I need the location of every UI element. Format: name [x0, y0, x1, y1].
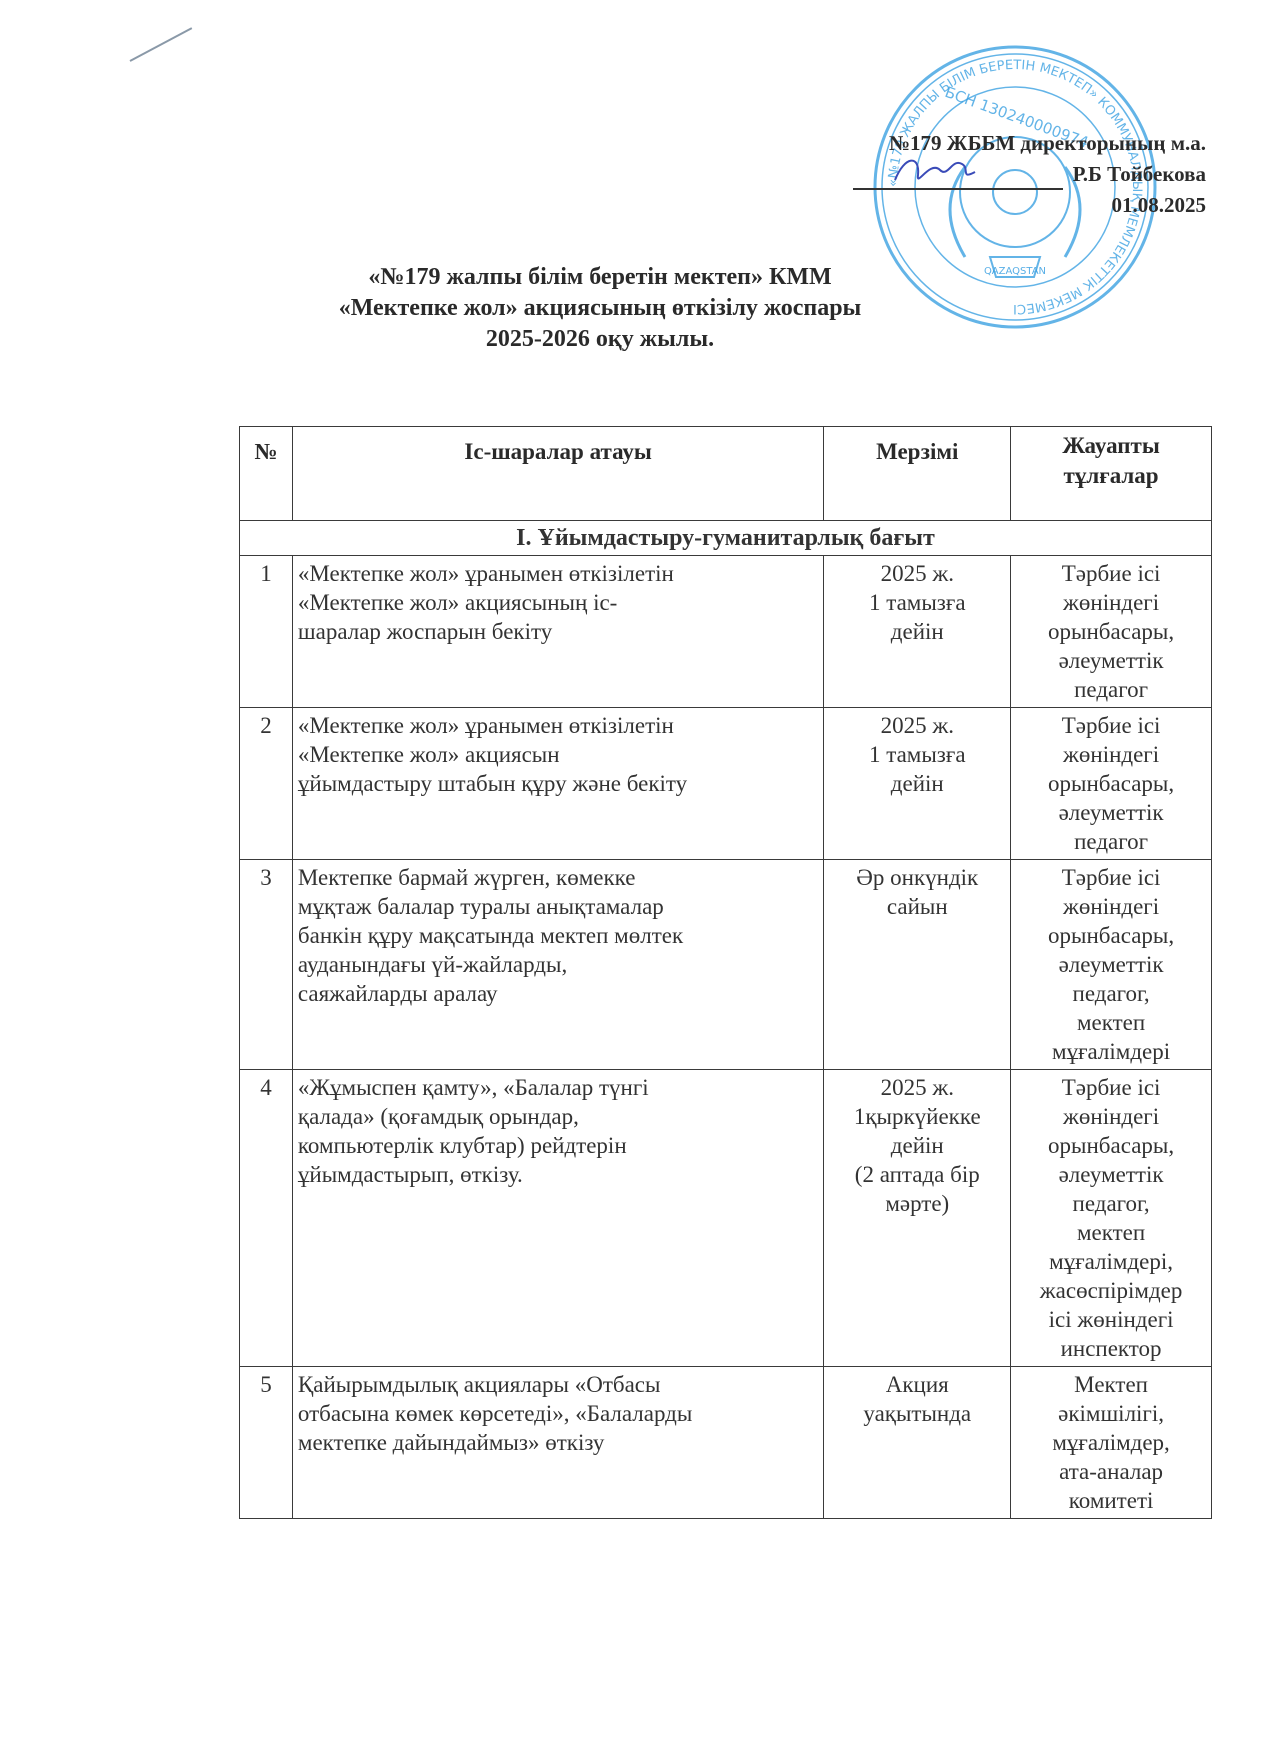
- row-responsible: Тәрбие ісі жөніндегі орынбасары, әлеумет…: [1011, 708, 1212, 860]
- scan-mark: [130, 27, 193, 62]
- header-deadline: Мерзімі: [824, 427, 1011, 521]
- header-responsible: Жауапты тұлғалар: [1011, 427, 1212, 521]
- row-deadline: Акция уақытында: [824, 1367, 1011, 1519]
- row-activity: Мектепке бармай жүрген, көмекке мұқтаж б…: [292, 860, 823, 1070]
- row-responsible: Мектеп әкімшілігі, мұғалімдер, ата-анала…: [1011, 1367, 1212, 1519]
- row-number: 5: [240, 1367, 293, 1519]
- section-row: І. Ұйымдастыру-гуманитарлық бағыт: [240, 521, 1212, 556]
- section-title: І. Ұйымдастыру-гуманитарлық бағыт: [240, 521, 1212, 556]
- table-header-row: № Іс-шаралар атауы Мерзімі Жауапты тұлға…: [240, 427, 1212, 521]
- row-activity: Қайырымдылық акциялары «Отбасы отбасына …: [292, 1367, 823, 1519]
- table-row: 2 «Мектепке жол» ұранымен өткізілетін «М…: [240, 708, 1212, 860]
- approval-date: 01.08.2025: [853, 190, 1206, 221]
- row-activity: «Мектепке жол» ұранымен өткізілетін «Мек…: [292, 556, 823, 708]
- document-title: «№179 жалпы білім беретін мектеп» КММ «М…: [280, 262, 920, 355]
- header-activity: Іс-шаралар атауы: [292, 427, 823, 521]
- approver-name: Р.Б Тойбекова: [1073, 159, 1206, 190]
- table-row: 5 Қайырымдылық акциялары «Отбасы отбасын…: [240, 1367, 1212, 1519]
- row-activity: «Мектепке жол» ұранымен өткізілетін «Мек…: [292, 708, 823, 860]
- row-number: 2: [240, 708, 293, 860]
- row-number: 4: [240, 1070, 293, 1367]
- header-number: №: [240, 427, 293, 521]
- table-row: 3 Мектепке бармай жүрген, көмекке мұқтаж…: [240, 860, 1212, 1070]
- title-line-1: «№179 жалпы білім беретін мектеп» КММ: [280, 262, 920, 293]
- row-responsible: Тәрбие ісі жөніндегі орынбасары, әлеумет…: [1011, 556, 1212, 708]
- row-deadline: Әр онкүндік сайын: [824, 860, 1011, 1070]
- row-activity: «Жұмыспен қамту», «Балалар түнгі қалада»…: [292, 1070, 823, 1367]
- row-deadline: 2025 ж. 1 тамызға дейін: [824, 708, 1011, 860]
- row-number: 3: [240, 860, 293, 1070]
- signature-icon: [890, 150, 980, 190]
- row-responsible: Тәрбие ісі жөніндегі орынбасары, әлеумет…: [1011, 1070, 1212, 1367]
- table-row: 1 «Мектепке жол» ұранымен өткізілетін «М…: [240, 556, 1212, 708]
- row-deadline: 2025 ж. 1 тамызға дейін: [824, 556, 1011, 708]
- table-row: 4 «Жұмыспен қамту», «Балалар түнгі қалад…: [240, 1070, 1212, 1367]
- plan-table: № Іс-шаралар атауы Мерзімі Жауапты тұлға…: [239, 426, 1212, 1519]
- row-deadline: 2025 ж. 1қыркүйекке дейін (2 аптада бір …: [824, 1070, 1011, 1367]
- row-responsible: Тәрбие ісі жөніндегі орынбасары, әлеумет…: [1011, 860, 1212, 1070]
- svg-text:QAZAQSTAN: QAZAQSTAN: [984, 266, 1046, 277]
- row-number: 1: [240, 556, 293, 708]
- title-line-3: 2025-2026 оқу жылы.: [280, 324, 920, 355]
- title-line-2: «Мектепке жол» акциясының өткізілу жоспа…: [280, 293, 920, 324]
